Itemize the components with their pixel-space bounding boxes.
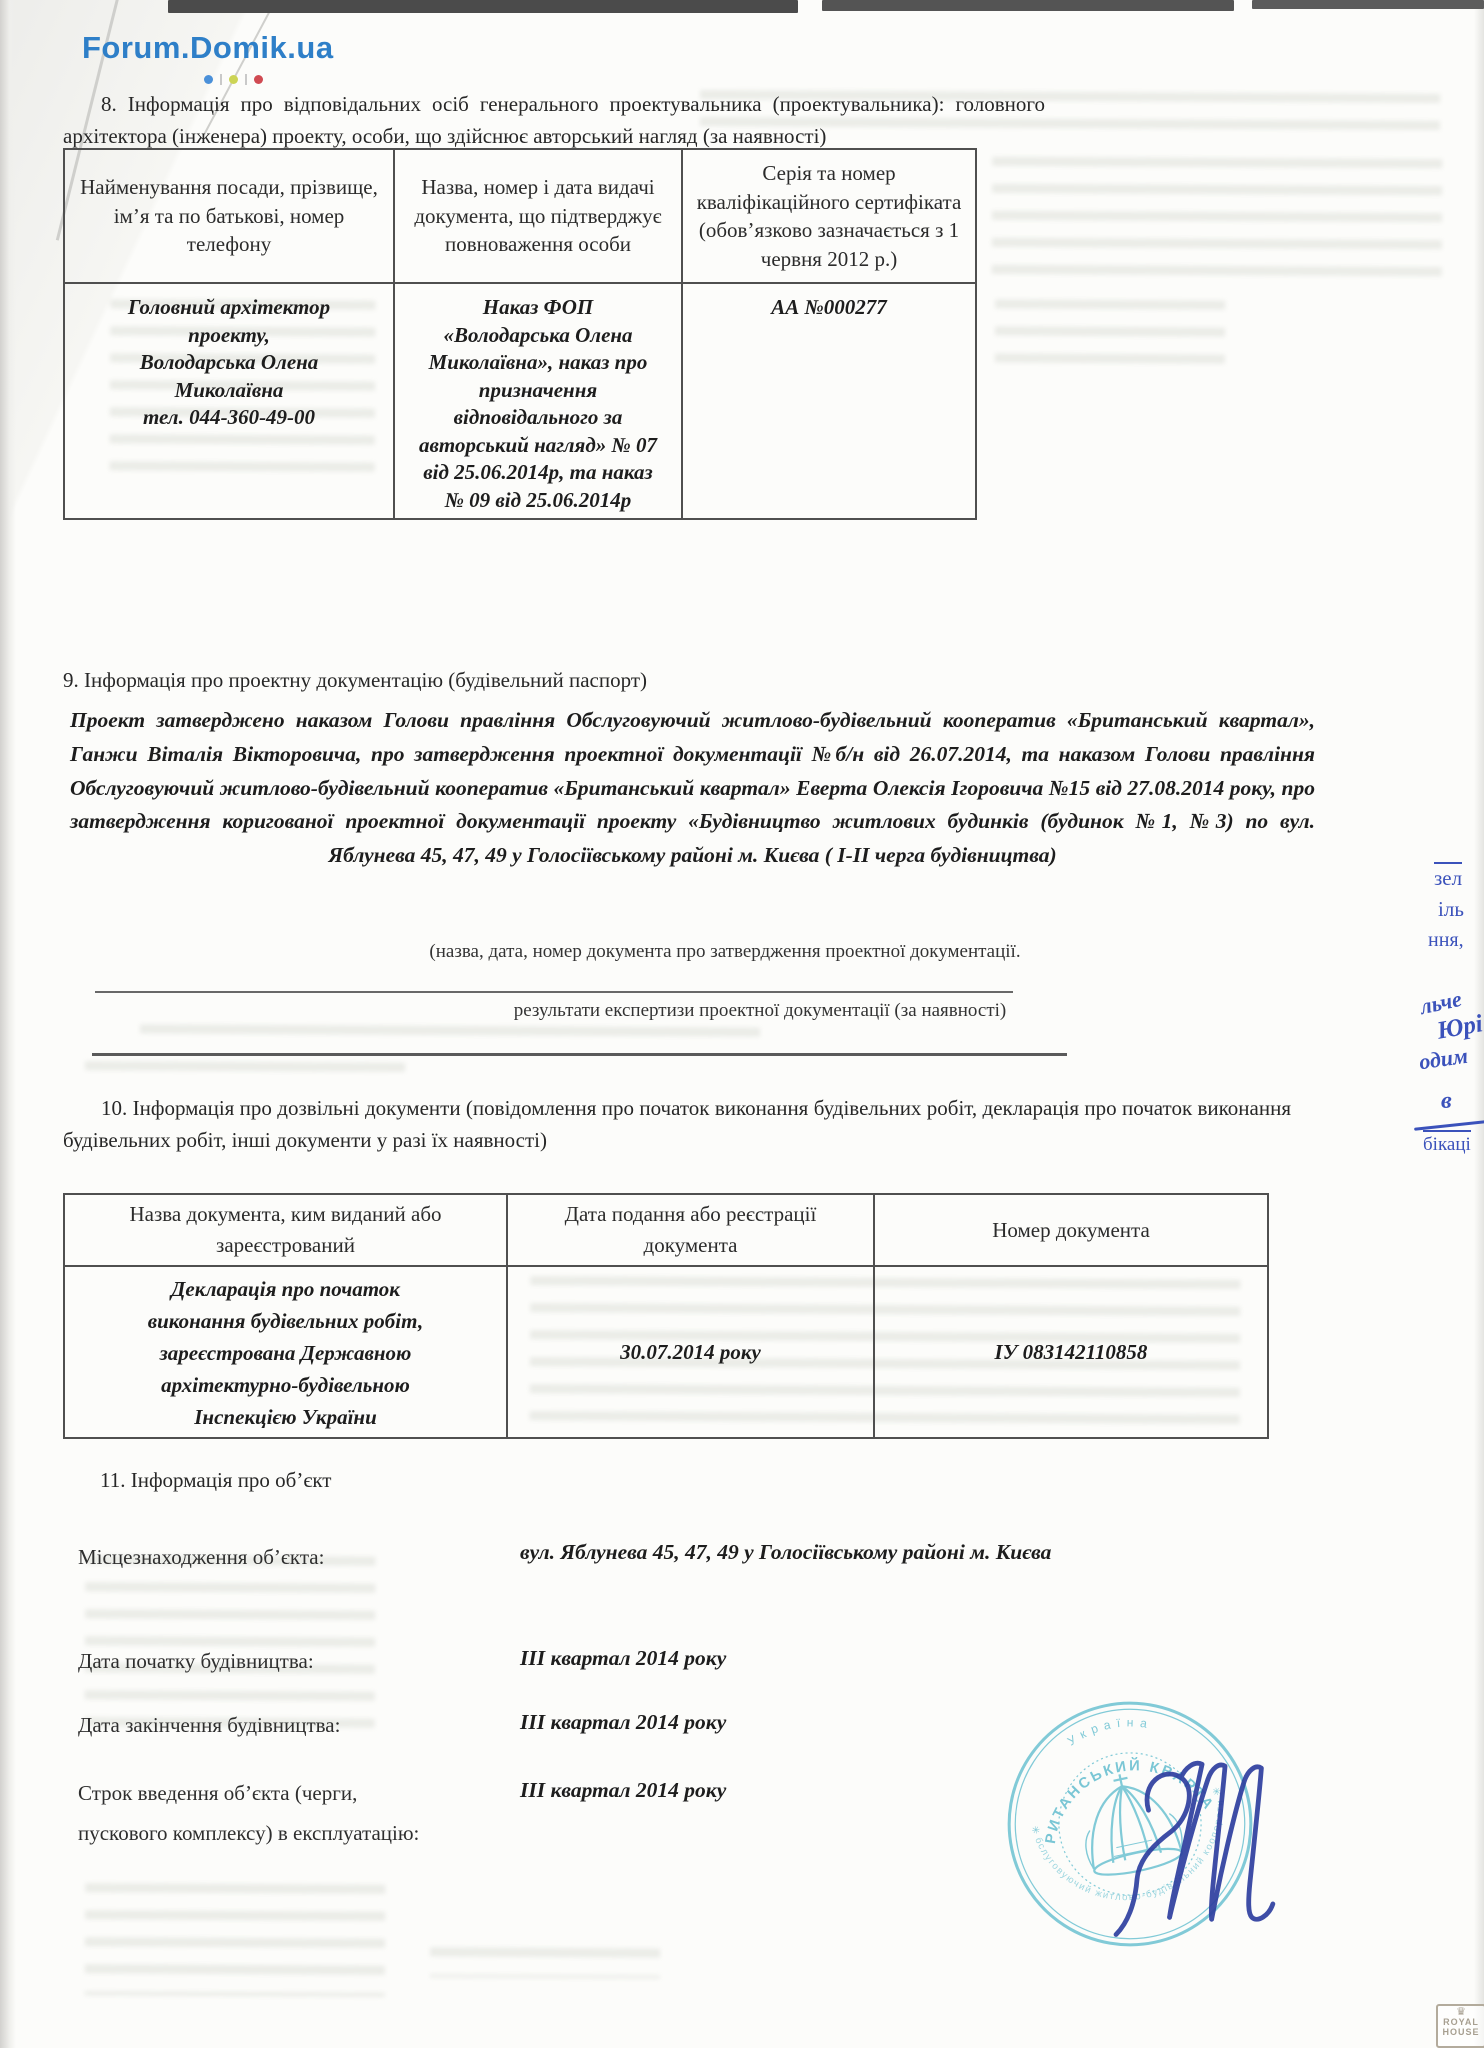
bleedthrough-smudge	[85, 1883, 386, 1997]
section8-heading: 8. Інформація про відповідальних осіб ге…	[63, 88, 1045, 152]
permit-documents-table: Назва документа, ким виданий або зареєст…	[63, 1193, 1269, 1439]
handwritten-signature	[1086, 1726, 1322, 1946]
edge-fragment: ння,	[1428, 929, 1464, 952]
label-commissioning: Строк введення об’єкта (черги, пускового…	[78, 1774, 423, 1853]
cell-declaration-number: ІУ 083142110858	[874, 1266, 1268, 1438]
scan-top-strip	[822, 0, 1234, 11]
section9-approval-text: Проект затверджено наказом Голови правлі…	[70, 704, 1315, 873]
scan-top-strip	[1252, 0, 1484, 9]
value-end-date: ІІІ квартал 2014 року	[520, 1704, 1020, 1741]
edge-fragment: бікаці	[1423, 1130, 1471, 1156]
table-row: Декларація про початок виконання будівел…	[64, 1266, 1268, 1438]
edge-fragment: одим	[1417, 1043, 1469, 1076]
designers-table: Найменування посади, прізвище, ім’я та п…	[63, 148, 977, 520]
watermark-brand: Forum.Domik.ua	[82, 30, 334, 66]
value-location: вул. Яблунева 45, 47, 49 у Голосіївськом…	[520, 1534, 1257, 1571]
section9-heading: 9. Інформація про проектну документацію …	[63, 664, 1063, 696]
watermark-dots	[204, 74, 263, 85]
label-start-date: Дата початку будівництва:	[78, 1642, 438, 1681]
edge-fragment: зел	[1434, 862, 1462, 891]
cell-certificate-number: АА №000277	[682, 283, 976, 519]
royal-house-text-line2: HOUSE	[1438, 2028, 1484, 2038]
label-location: Місцезнаходження об’єкта:	[78, 1538, 438, 1577]
scan-left-edge	[0, 0, 16, 2048]
edge-fragment: іль	[1438, 897, 1464, 922]
edge-fragment: в	[1441, 1088, 1452, 1115]
col-header-certificate: Серія та номер кваліфікаційного сертифік…	[682, 149, 976, 283]
section10-heading: 10. Інформація про дозвільні документи (…	[63, 1092, 1291, 1156]
table-header-row: Назва документа, ким виданий або зареєст…	[64, 1194, 1268, 1266]
bleedthrough-smudge	[992, 157, 1443, 277]
blue-dot-icon	[204, 75, 213, 84]
bleedthrough-smudge	[430, 1947, 660, 1978]
expertise-caption: результати експертизи проектної документ…	[270, 1000, 1250, 1022]
horizontal-rule	[92, 1053, 1067, 1056]
cell-declaration-name: Декларація про початок виконання будівел…	[64, 1266, 507, 1438]
col-header-doc-date: Дата подання або реєстрації документа	[507, 1194, 874, 1266]
scan-top-strip	[168, 0, 798, 13]
horizontal-rule	[95, 991, 1013, 993]
label-end-date: Дата закінчення будівництва:	[78, 1706, 458, 1745]
cell-declaration-date: 30.07.2014 року	[507, 1266, 874, 1438]
col-header-document: Назва, номер і дата видачі документа, що…	[394, 149, 682, 283]
dot-separator	[245, 74, 247, 85]
bleedthrough-smudge	[995, 299, 1225, 370]
star-icon: ✳	[1031, 1825, 1042, 1838]
col-header-doc-number: Номер документа	[874, 1194, 1268, 1266]
yellow-dot-icon	[229, 75, 238, 84]
cell-authority-document: Наказ ФОП «Володарська Олена Миколаївна»…	[394, 283, 682, 519]
value-commissioning: ІІІ квартал 2014 року	[520, 1772, 1020, 1809]
approval-caption: (назва, дата, номер документа про затвер…	[165, 941, 1285, 963]
col-header-position: Найменування посади, прізвище, ім’я та п…	[64, 149, 394, 283]
table-row: Головний архітектор проекту, Володарська…	[64, 283, 976, 519]
section11-heading: 11. Інформація про об’єкт	[100, 1464, 331, 1496]
bleedthrough-smudge	[85, 1061, 405, 1089]
bleedthrough-smudge	[140, 1024, 760, 1047]
red-dot-icon	[254, 75, 263, 84]
dot-separator	[220, 74, 222, 85]
table-header-row: Найменування посади, прізвище, ім’я та п…	[64, 149, 976, 283]
value-start-date: ІІІ квартал 2014 року	[520, 1640, 1020, 1677]
col-header-doc-name: Назва документа, ким виданий або зареєст…	[64, 1194, 507, 1266]
royal-house-logo: ♛ ROYAL HOUSE	[1436, 2004, 1484, 2048]
scanned-document-page: { "watermark": { "brand": "Forum.Domik.u…	[0, 0, 1484, 2048]
cell-position-name: Головний архітектор проекту, Володарська…	[64, 283, 394, 519]
